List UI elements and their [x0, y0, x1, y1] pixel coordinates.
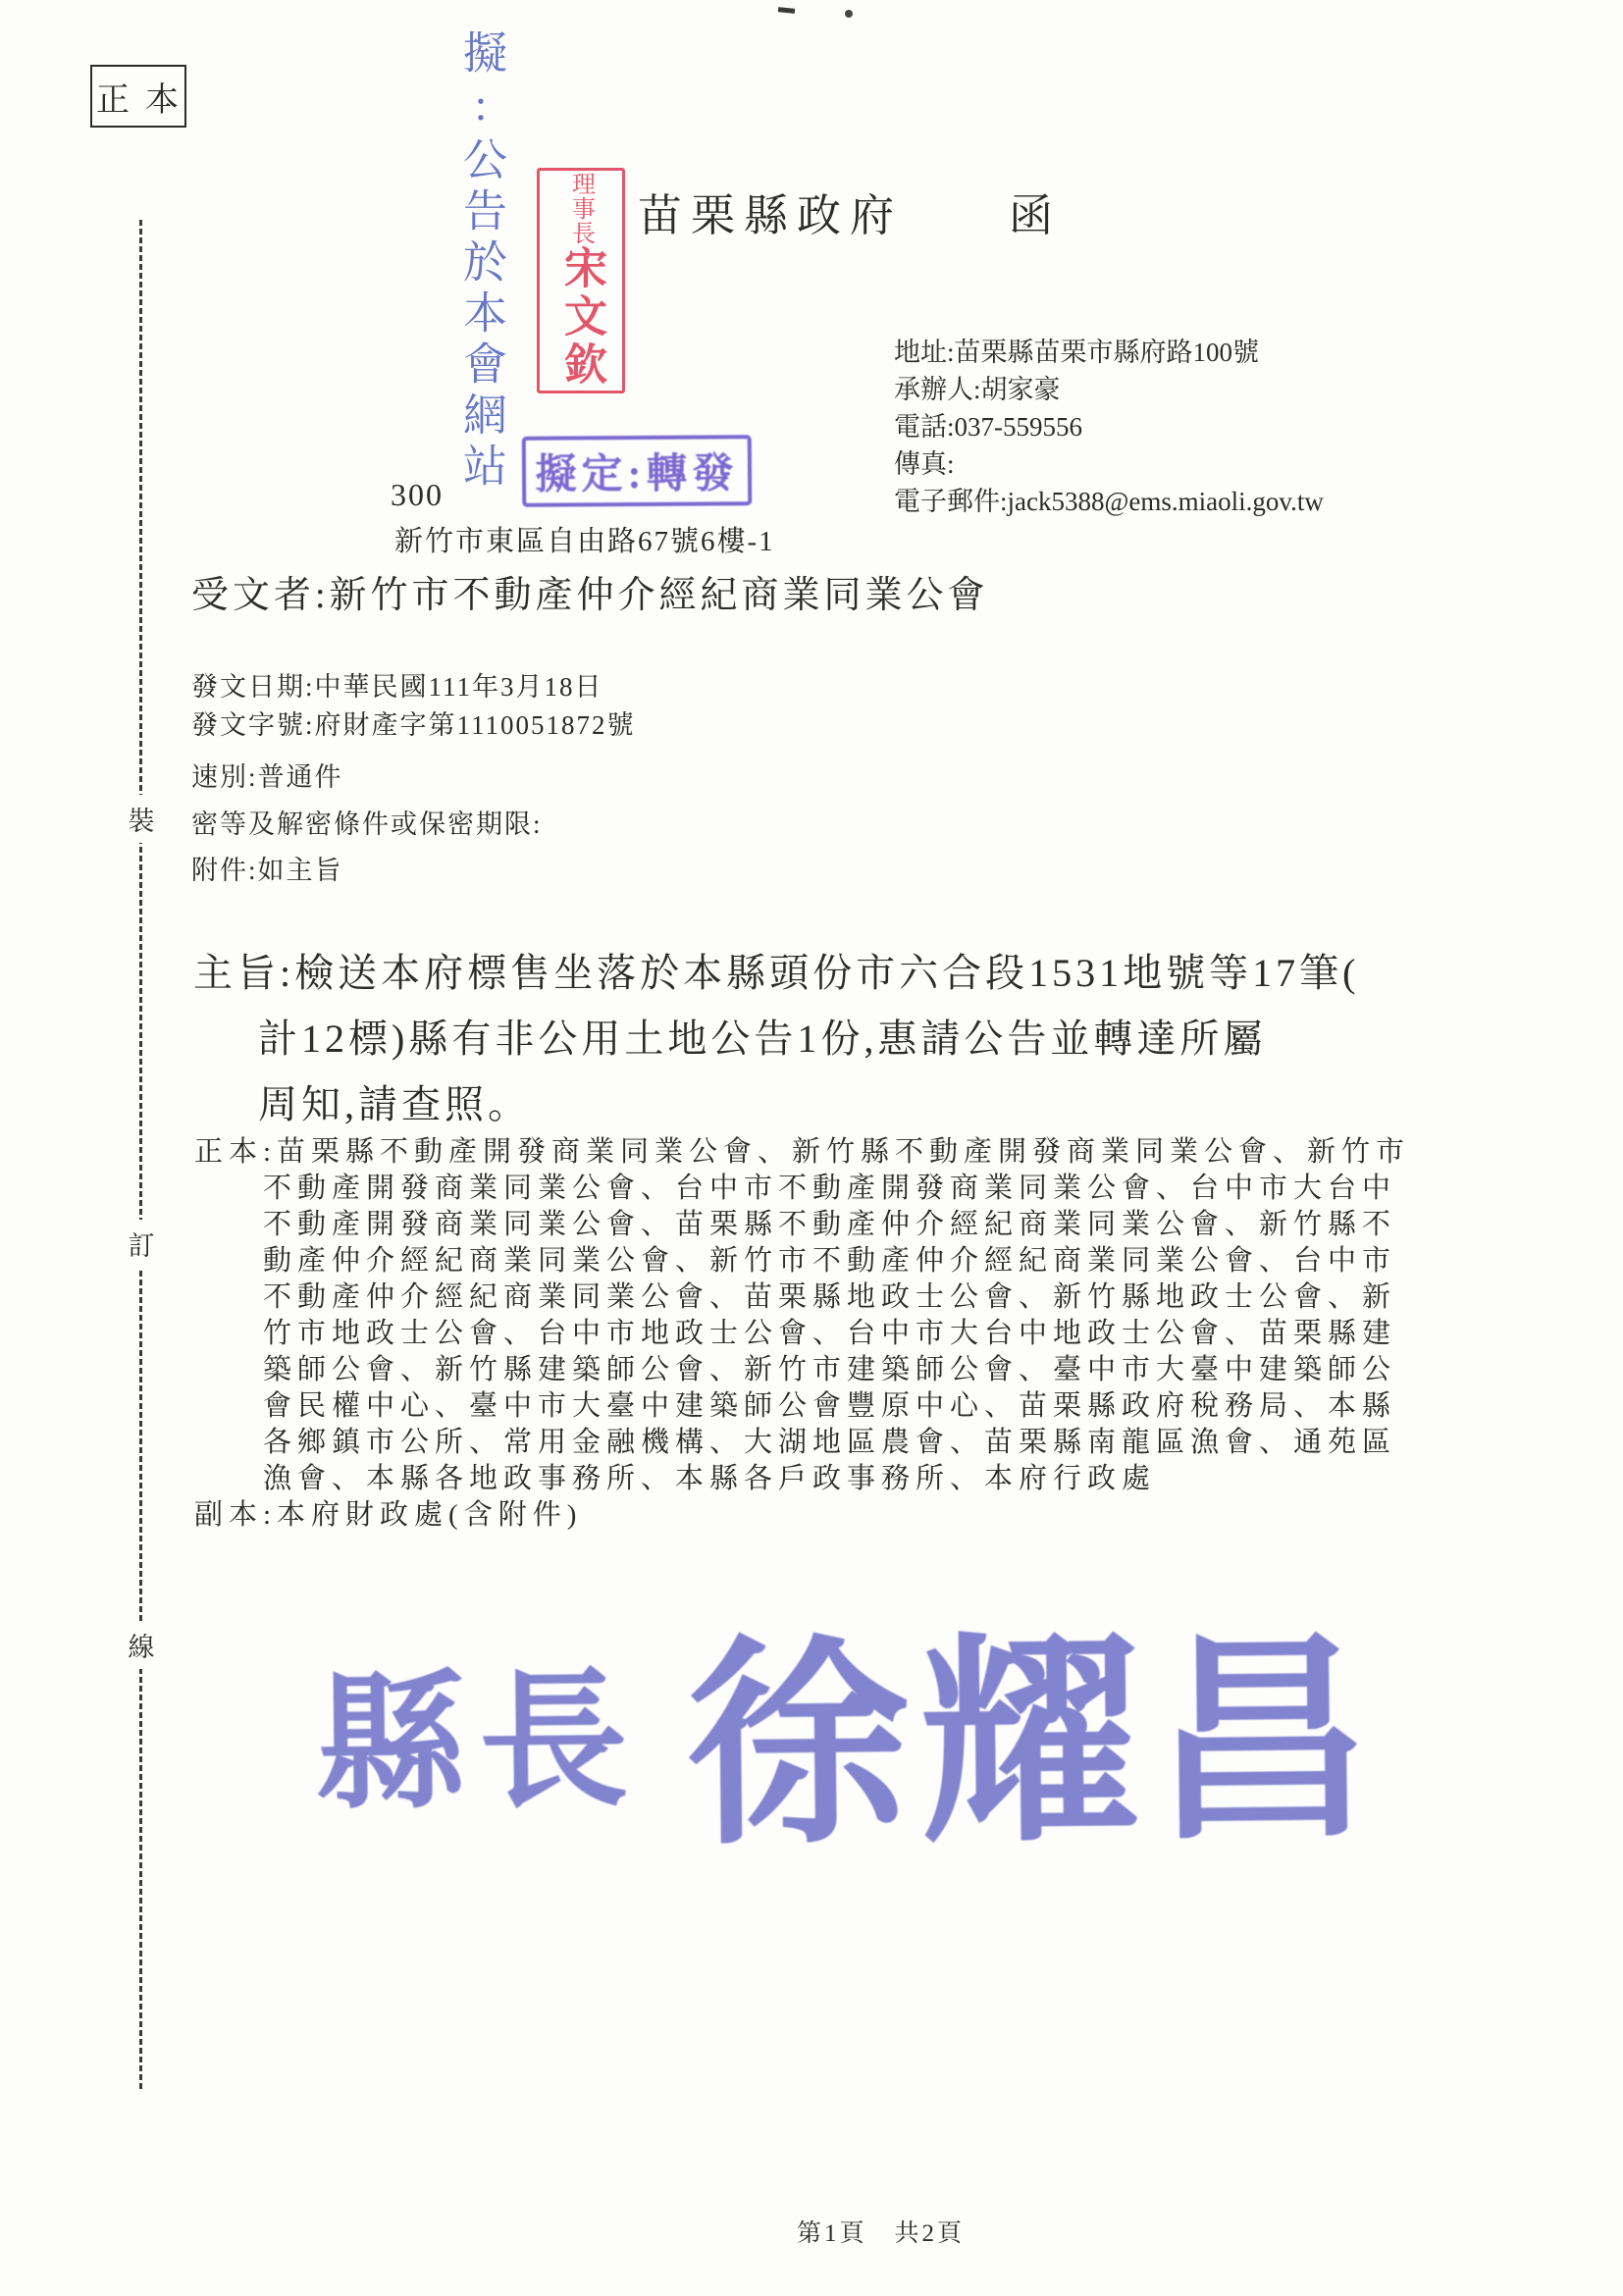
- distribution-line: 會民權中心、臺中市大臺中建築師公會豐原中心、苗栗縣政府稅務局、本縣: [263, 1388, 1410, 1425]
- scan-noise-mark: [845, 10, 853, 18]
- signature-stamp: 縣長 徐耀昌: [314, 1560, 1383, 1890]
- meta-doc-number: 發文字號:府財產字第1110051872號: [191, 704, 636, 742]
- page-footer: 第1頁 共2頁: [797, 2214, 965, 2249]
- copy-label-box: 正本: [90, 65, 186, 128]
- distribution-line: 不動產開發商業同業公會、台中市不動產開發商業同業公會、台中市大台中: [263, 1171, 1410, 1207]
- distribution-line: 不動產仲介經紀商業同業公會、苗栗縣地政士公會、新竹縣地政士公會、新: [263, 1279, 1410, 1316]
- chairman-stamp: 理事長宋文欽: [537, 168, 625, 393]
- signature-title: 縣長: [315, 1621, 643, 1838]
- action-stamp: 擬定:轉發: [522, 435, 752, 507]
- distribution-line: 竹市地政士公會、台中市地政士公會、台中市大台中地政士公會、苗栗縣建: [263, 1316, 1410, 1352]
- chairman-stamp-name: 宋文欽: [550, 245, 612, 390]
- distribution-line: 漁會、本縣各地政事務所、本縣各戶政事務所、本府行政處: [263, 1461, 1410, 1497]
- subject-line: 周知,請查照。: [258, 1071, 1359, 1137]
- subject-line: 計12標)縣有非公用土地公告1份,惠請公告並轉達所屬: [258, 1006, 1359, 1071]
- scan-noise-mark: [778, 7, 795, 14]
- copy-label: 正本: [82, 73, 194, 121]
- contact-email: 電子郵件:jack5388@ems.miaoli.gov.tw: [894, 483, 1324, 520]
- distribution-line: 築師公會、新竹縣建築師公會、新竹市建築師公會、臺中市大臺中建築師公: [263, 1352, 1410, 1388]
- distribution-line: 動產仲介經紀商業同業公會、新竹市不動產仲介經紀商業同業公會、台中市: [263, 1243, 1410, 1279]
- action-stamp-label: 擬定:轉發: [535, 441, 738, 500]
- subject-line: 主旨:檢送本府標售坐落於本縣頭份市六合段1531地號等17筆(: [193, 940, 1359, 1006]
- distribution-line: 不動產開發商業同業公會、苗栗縣不動產仲介經紀商業同業公會、新竹縣不: [263, 1207, 1410, 1243]
- subject-block: 主旨:檢送本府標售坐落於本縣頭份市六合段1531地號等17筆( 計12標)縣有非…: [193, 940, 1359, 1137]
- contact-address: 地址:苗栗縣苗栗市縣府路100號: [894, 334, 1324, 371]
- contact-person: 承辦人:胡家豪: [894, 371, 1324, 408]
- draft-note-handwriting: 擬:公告於本會網站: [449, 29, 513, 520]
- recipient-street: 新竹市東區自由路67號6樓-1: [394, 519, 775, 559]
- recipient-line: 受文者:新竹市不動產仲介經紀商業同業公會: [191, 564, 989, 618]
- distribution-line: 正本:苗栗縣不動產開發商業同業公會、新竹縣不動產開發商業同業公會、新竹市: [194, 1134, 1410, 1171]
- meta-attachment: 附件:如主旨: [191, 849, 343, 887]
- contact-phone: 電話:037-559556: [894, 408, 1324, 445]
- scanned-letter-page: 正本 擬:公告於本會網站 理事長宋文欽 擬定:轉發 苗栗縣政府 函 地址:苗栗縣…: [0, 0, 1623, 2296]
- contact-fax: 傳真:: [894, 445, 1324, 483]
- binding-mark-xian: 線: [125, 1621, 158, 1669]
- cc-line: 副本:本府財政處(含附件): [194, 1497, 1410, 1534]
- binding-dashed-line: [139, 220, 142, 2089]
- binding-mark-zhuang: 裝: [125, 795, 158, 843]
- contact-block: 地址:苗栗縣苗栗市縣府路100號 承辦人:胡家豪 電話:037-559556 傳…: [894, 334, 1324, 520]
- document-title: 苗栗縣政府 函: [638, 180, 1062, 243]
- distribution-line: 各鄉鎮市公所、常用金融機構、大湖地區農會、苗栗縣南龍區漁會、通苑區: [263, 1425, 1410, 1461]
- binding-mark-ding: 訂: [125, 1220, 158, 1268]
- meta-security: 密等及解密條件或保密期限:: [191, 803, 543, 841]
- chairman-stamp-title: 理事長: [564, 172, 599, 245]
- meta-speed: 速別:普通件: [191, 756, 343, 794]
- recipient-postal-code: 300: [391, 477, 444, 513]
- meta-date: 發文日期:中華民國111年3月18日: [191, 665, 603, 704]
- signature-name: 徐耀昌: [685, 1560, 1383, 1886]
- distribution-block: 正本:苗栗縣不動產開發商業同業公會、新竹縣不動產開發商業同業公會、新竹市 不動產…: [194, 1134, 1410, 1534]
